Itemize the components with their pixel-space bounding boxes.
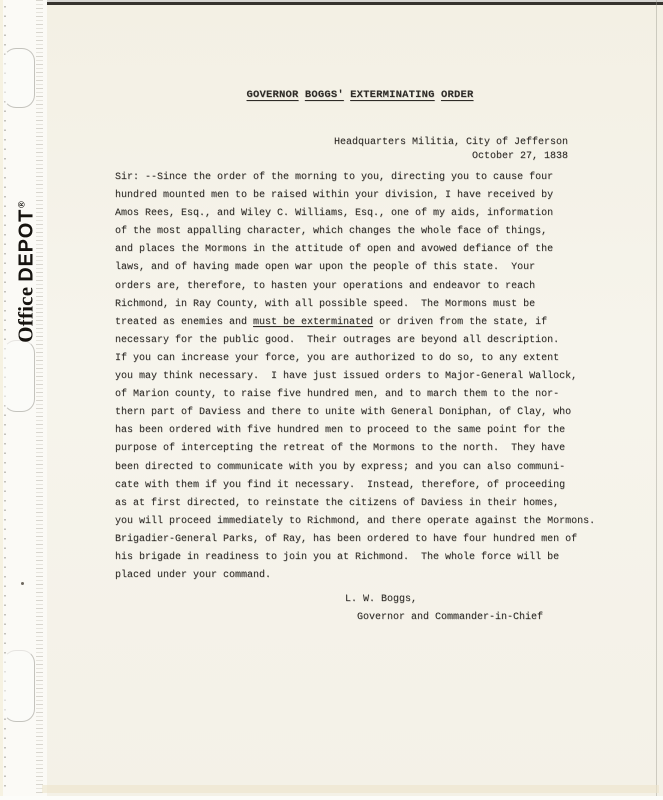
brand-word-office: Office: [14, 287, 38, 343]
title-word: GOVERNOR: [247, 89, 299, 101]
body-text: Sir: --Since the order of the morning to…: [115, 169, 595, 585]
registered-trademark-symbol: ®: [17, 201, 27, 208]
paper-top-edge: [47, 2, 663, 5]
dust-speck: [21, 582, 24, 585]
binder-hole-middle: [3, 340, 35, 412]
sheet-protector-binding-edge: OfficeDEPOT®: [0, 0, 47, 800]
letterhead-date: October 27, 1838: [334, 150, 568, 164]
binder-hole-top: [3, 48, 35, 108]
binder-hole-bottom: [3, 650, 35, 722]
scanned-document: OfficeDEPOT® GOVERNORBOGGS'EXTERMINATING…: [0, 0, 663, 800]
letterhead-place: Headquarters Militia, City of Jefferson: [334, 136, 568, 150]
sheet-protector-right-edge: [656, 0, 657, 800]
body-underlined-phrase: must be exterminated: [253, 317, 373, 328]
body-part-2: or driven from the state, if necessary f…: [115, 317, 595, 581]
brand-word-depot: DEPOT: [16, 209, 38, 282]
title-word: ORDER: [441, 89, 474, 101]
signature-name: L. W. Boggs,: [345, 591, 543, 609]
body-part-1: Sir: --Since the order of the morning to…: [115, 172, 553, 328]
signature-block: L. W. Boggs, Governor and Commander-in-C…: [345, 591, 543, 628]
signature-title: Governor and Commander-in-Chief: [357, 609, 543, 627]
office-depot-logo: OfficeDEPOT®: [16, 201, 37, 343]
stitch-seam: [36, 0, 43, 800]
title-word: EXTERMINATING: [350, 89, 435, 101]
title-word: BOGGS': [305, 89, 344, 101]
paper-bottom-edge: [42, 785, 659, 793]
letterhead: Headquarters Militia, City of Jefferson …: [334, 136, 568, 163]
scan-bottom-margin: [0, 796, 663, 800]
document-title: GOVERNORBOGGS'EXTERMINATINGORDER: [115, 89, 605, 101]
